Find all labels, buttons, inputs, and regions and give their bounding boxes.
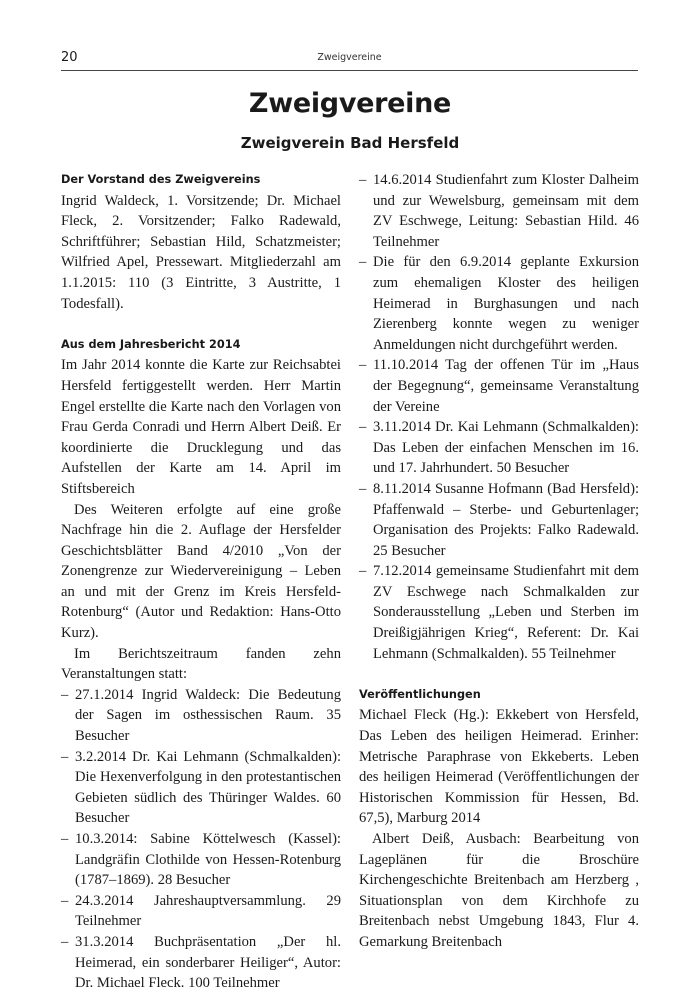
list-item: 14.6.2014 Studienfahrt zum Kloster Dalhe… — [359, 170, 639, 252]
publication-paragraph: Albert Deiß, Ausbach: Bearbeitung von La… — [359, 829, 639, 953]
list-item: 3.11.2014 Dr. Kai Lehmann (Schmalkalden)… — [359, 417, 639, 479]
list-item: 7.12.2014 gemeinsame Studienfahrt mit de… — [359, 561, 639, 664]
list-item: 3.2.2014 Dr. Kai Lehmann (Schmalkalden):… — [61, 747, 341, 829]
jahresbericht-paragraph: Im Jahr 2014 konnte die Karte zur Reichs… — [61, 355, 341, 499]
vorstand-heading: Der Vorstand des Zweigvereins — [61, 170, 341, 191]
list-item: 11.10.2014 Tag der offenen Tür im „Haus … — [359, 355, 639, 417]
running-head: Zweigvereine — [61, 52, 638, 63]
jahresbericht-heading: Aus dem Jahresbericht 2014 — [61, 335, 341, 356]
list-item: 10.3.2014: Sabine Köttelwesch (Kassel): … — [61, 829, 341, 891]
page-subtitle: Zweigverein Bad Hersfeld — [0, 134, 700, 152]
page-title: Zweigvereine — [0, 88, 700, 119]
jahresbericht-paragraph: Im Berichtszeitraum fanden zehn Veransta… — [61, 644, 341, 685]
list-item: 27.1.2014 Ingrid Waldeck: Die Bedeutung … — [61, 685, 341, 747]
right-column: 14.6.2014 Studienfahrt zum Kloster Dalhe… — [359, 170, 639, 953]
event-list: 14.6.2014 Studienfahrt zum Kloster Dalhe… — [359, 170, 639, 664]
list-item: 24.3.2014 Jahreshauptversammlung. 29 Tei… — [61, 891, 341, 932]
list-item: 31.3.2014 Buchpräsentation „Der hl. Heim… — [61, 932, 341, 988]
publications-heading: Veröffentlichungen — [359, 685, 639, 706]
vorstand-text: Ingrid Waldeck, 1. Vorsitzende; Dr. Mich… — [61, 191, 341, 315]
page-header: 20 Zweigvereine — [61, 48, 638, 71]
event-list: 27.1.2014 Ingrid Waldeck: Die Bedeutung … — [61, 685, 341, 988]
list-item: Die für den 6.9.2014 geplante Exkursion … — [359, 252, 639, 355]
list-item: 8.11.2014 Susanne Hofmann (Bad Hersfeld)… — [359, 479, 639, 561]
publication-paragraph: Michael Fleck (Hg.): Ekkebert von Hersfe… — [359, 705, 639, 829]
left-column: Der Vorstand des Zweigvereins Ingrid Wal… — [61, 170, 341, 988]
jahresbericht-paragraph: Des Weiteren erfolgte auf eine große Nac… — [61, 500, 341, 644]
